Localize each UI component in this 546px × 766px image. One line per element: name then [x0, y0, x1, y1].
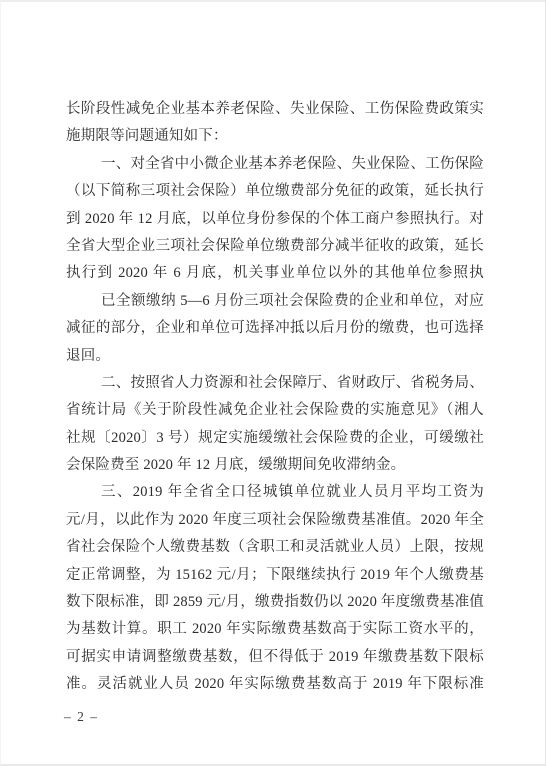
- text-line: 二、按照省人力资源和社会保障厅、省财政厅、省税务局、: [66, 370, 484, 397]
- text-line: 数下限标准，即 2859 元/月，缴费指数仍以 2020 年度缴费基准值: [66, 589, 484, 616]
- text-line: 会保险费至 2020 年 12 月底，缓缴期间免收滞纳金。: [66, 452, 484, 479]
- text-line: 减征的部分，企业和单位可选择冲抵以后月份的缴费，也可选择: [66, 315, 484, 342]
- text-line: 三、2019 年全省全口径城镇单位就业人员月平均工资为 5054: [66, 479, 484, 506]
- text-line: 省统计局《关于阶段性减免企业社会保险费的实施意见》（湘人: [66, 397, 484, 424]
- text-line: 全省大型企业三项社会保险单位缴费部分减半征收的政策，延长: [66, 233, 484, 260]
- text-line: 可据实申请调整缴费基数，但不得低于 2019 年缴费基数下限标: [66, 644, 484, 671]
- text-line: 一、对全省中小微企业基本养老保险、失业保险、工伤保险: [66, 151, 484, 178]
- text-line: 到 2020 年 12 月底，以单位身份参保的个体工商户参照执行。对: [66, 206, 484, 233]
- text-line: 社规〔2020〕3 号）规定实施缓缴社会保险费的企业，可缓缴社: [66, 425, 484, 452]
- text-line: 退回。: [66, 343, 484, 370]
- text-line: 长阶段性减免企业基本养老保险、失业保险、工伤保险费政策实: [66, 96, 484, 123]
- text-line: （以下简称三项社会保险）单位缴费部分免征的政策，延长执行: [66, 178, 484, 205]
- text-line: 已全额缴纳 5—6 月份三项社会保险费的企业和单位，对应: [66, 288, 484, 315]
- text-line: 施期限等问题通知如下：: [66, 123, 484, 150]
- text-line: 元/月，以此作为 2020 年度三项社会保险缴费基准值。2020 年全: [66, 507, 484, 534]
- text-line: 定正常调整，为 15162 元/月；下限继续执行 2019 年个人缴费基: [66, 562, 484, 589]
- document-text: 长阶段性减免企业基本养老保险、失业保险、工伤保险费政策实 施期限等问题通知如下：…: [66, 96, 484, 699]
- document-page: 长阶段性减免企业基本养老保险、失业保险、工伤保险费政策实 施期限等问题通知如下：…: [0, 0, 546, 766]
- text-line: 省社会保险个人缴费基数（含职工和灵活就业人员）上限，按规: [66, 534, 484, 561]
- text-line: 准。灵活就业人员 2020 年实际缴费基数高于 2019 年下限标准的，: [66, 671, 484, 698]
- text-line: 为基数计算。职工 2020 年实际缴费基数高于实际工资水平的，: [66, 616, 484, 643]
- page-number: – 2 –: [64, 709, 99, 725]
- text-line: 执行到 2020 年 6 月底，机关事业单位以外的其他单位参照执行。: [66, 260, 484, 287]
